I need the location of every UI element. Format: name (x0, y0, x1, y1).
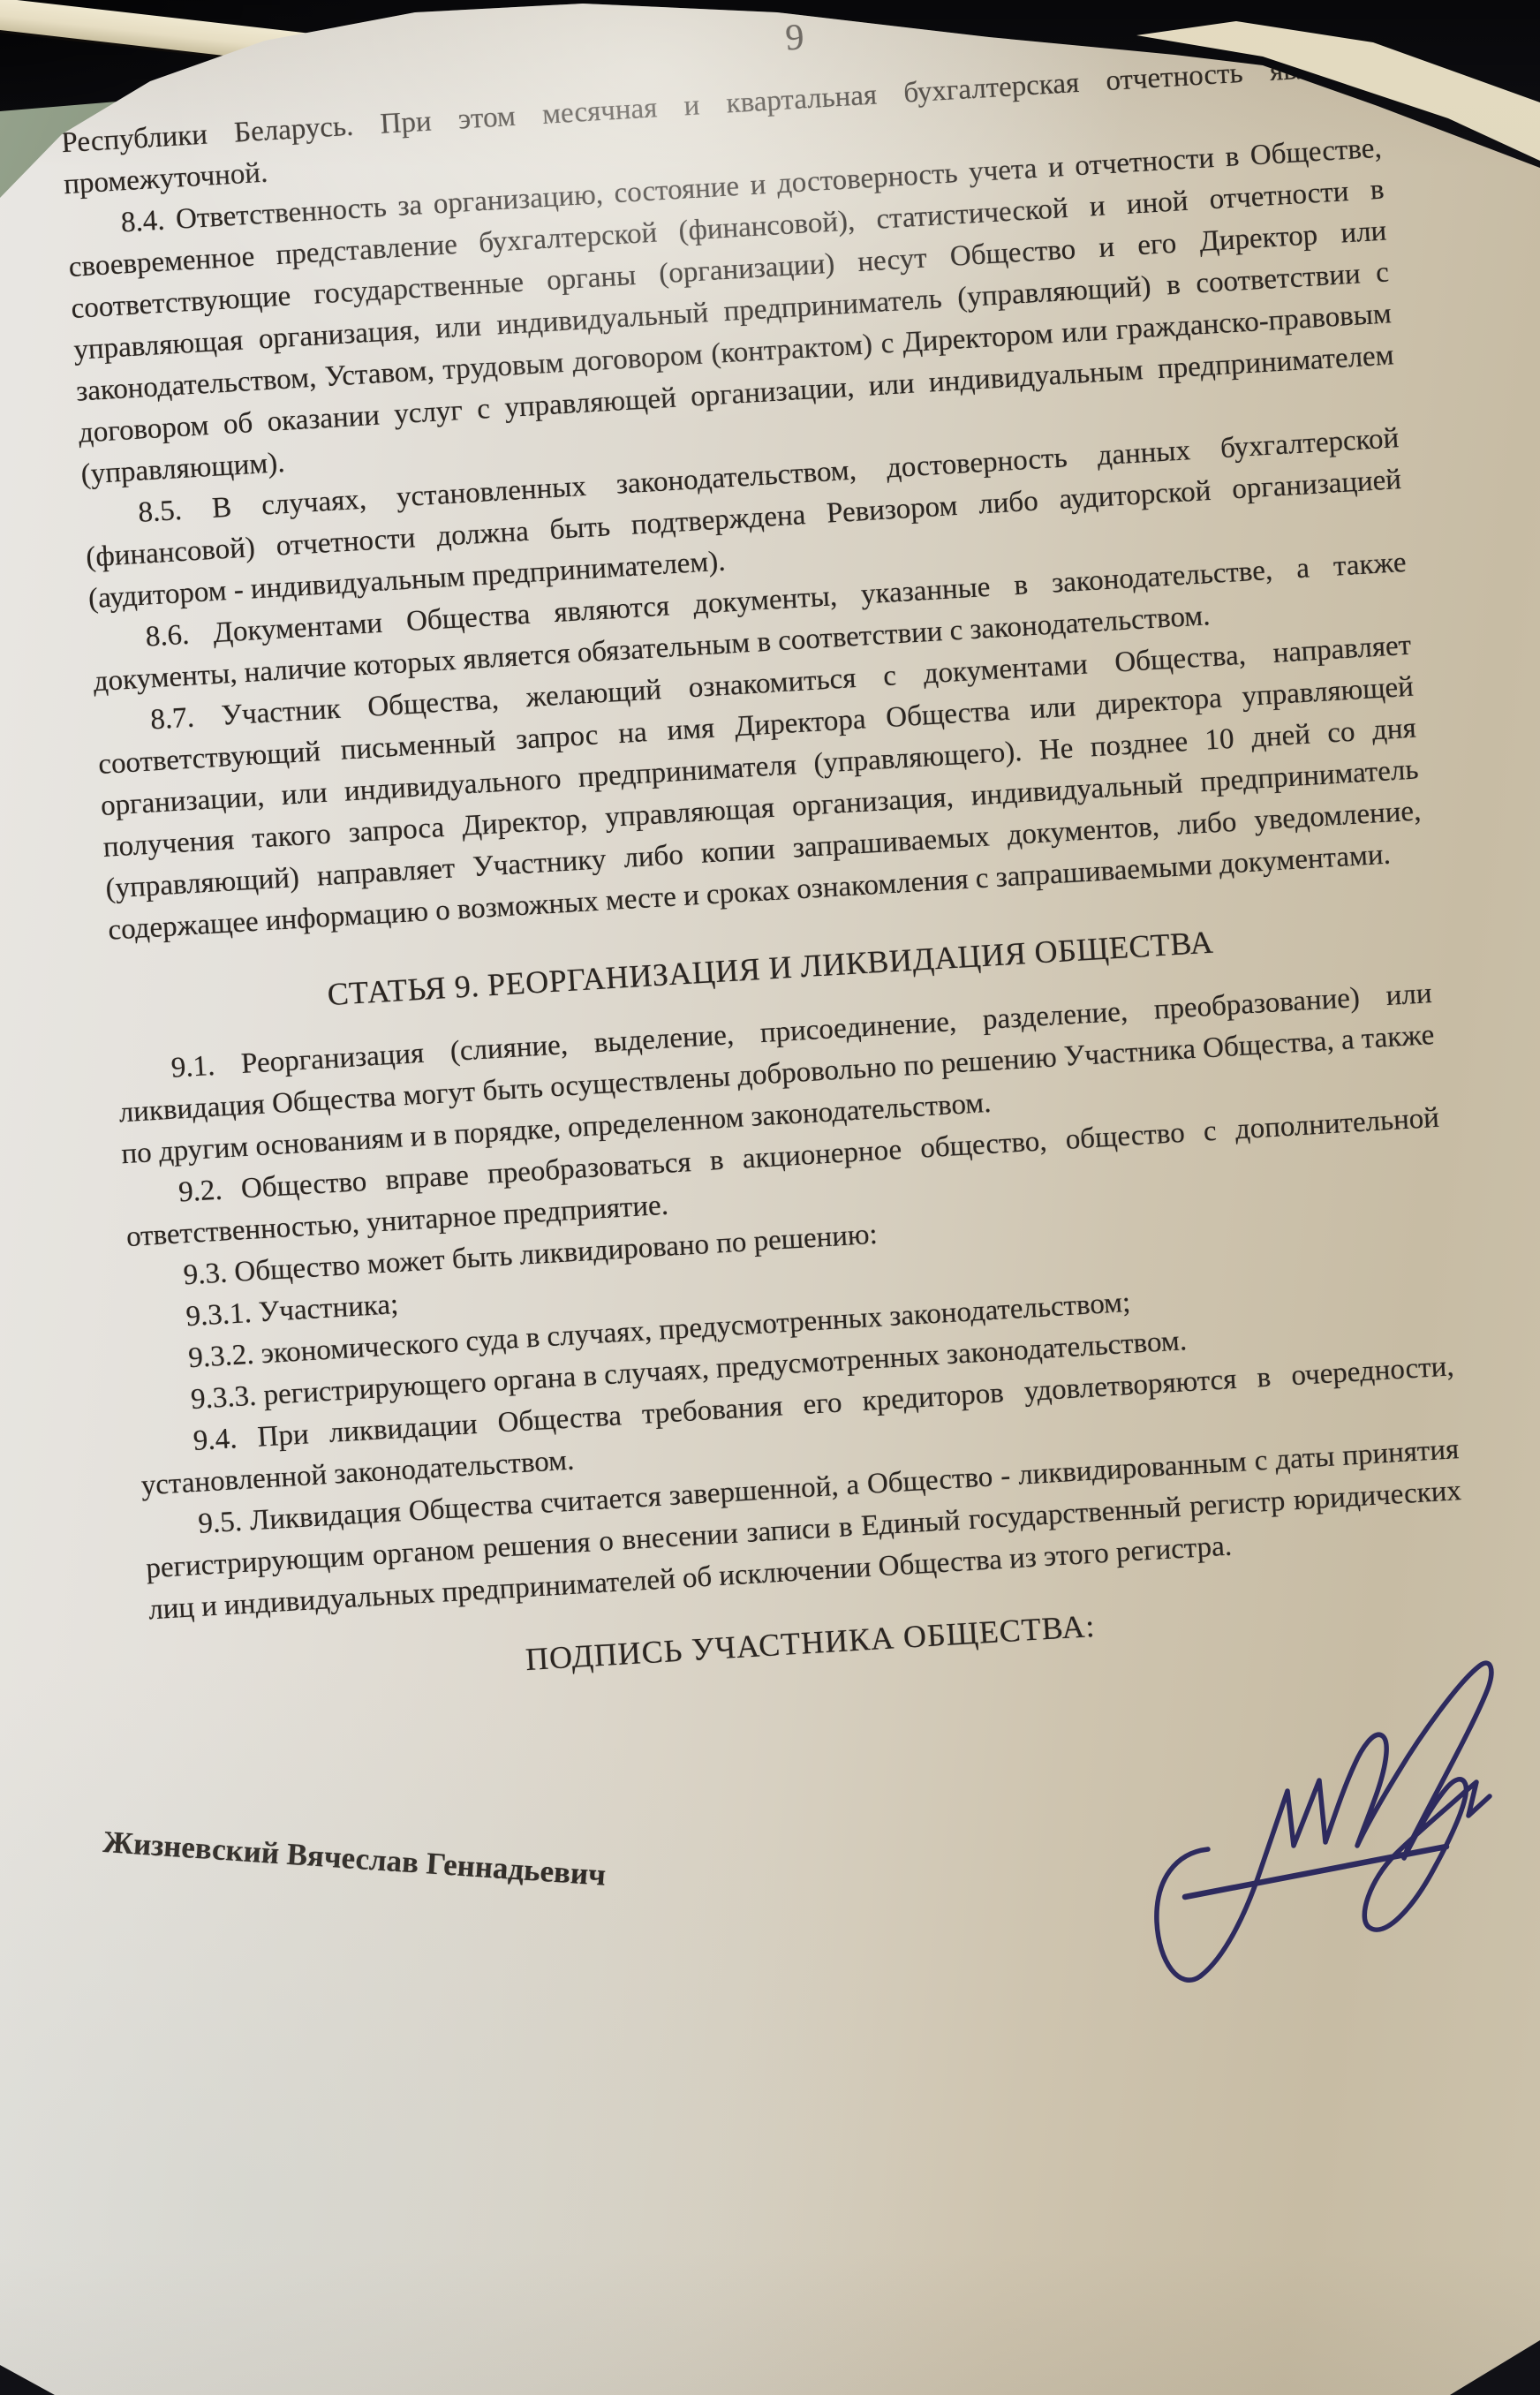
document-page: 9 Республики Беларусь. При этом месячная… (0, 0, 1540, 2395)
photo-of-document: 9 Республики Беларусь. При этом месячная… (0, 0, 1540, 2395)
signatory-name: Жизневский Вячеслав Геннадьевич (102, 1825, 607, 1893)
handwritten-signature (1024, 1657, 1519, 2036)
page-text-block: 9 Республики Беларусь. При этом месячная… (57, 0, 1469, 1703)
